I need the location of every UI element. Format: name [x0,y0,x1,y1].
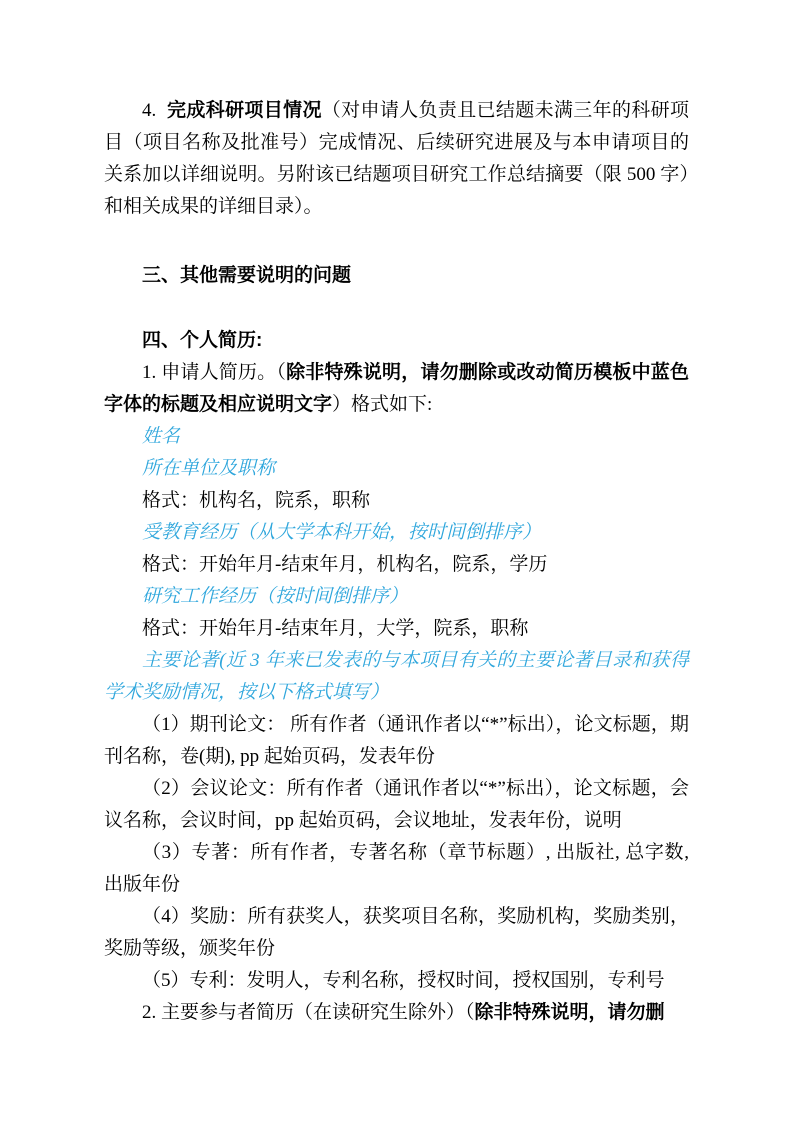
participant-resume-warning: 除非特殊说明，请勿删 [475,1002,665,1023]
item4-number: 4. [142,100,167,121]
heading-other-issues: 三、其他需要说明的问题 [104,260,689,292]
participant-resume-prefix: 2. 主要参与者简历（在读研究生除外）（ [142,1002,475,1023]
document-content: 4.完成科研项目情况（对申请人负责且已结题未满三年的科研项目（项目名称及批准号）… [0,0,793,1029]
format-item-conference: （2）会议论文：所有作者（通讯作者以“*”标出），论文标题，会议名称，会议时间，… [104,773,689,837]
resume-field-research-experience: 研究工作经历（按时间倒排序） [104,581,689,613]
paragraph-completed-projects: 4.完成科研项目情况（对申请人负责且已结题未满三年的科研项目（项目名称及批准号）… [104,95,689,223]
resume-field-name: 姓名 [104,421,689,453]
format-note-research-experience: 格式：开始年月-结束年月，大学，院系，职称 [104,613,689,645]
applicant-resume-prefix: 1. 申请人简历。（ [142,362,286,383]
resume-field-education: 受教育经历（从大学本科开始，按时间倒排序） [104,517,689,549]
format-item-journal: （1）期刊论文： 所有作者（通讯作者以“*”标出），论文标题，期刊名称，卷(期)… [104,709,689,773]
heading-personal-resume: 四、个人简历: [104,325,689,357]
format-note-affiliation: 格式：机构名，院系，职称 [104,485,689,517]
applicant-resume-suffix: ）格式如下: [332,394,432,415]
resume-field-affiliation: 所在单位及职称 [104,453,689,485]
format-item-award: （4）奖励：所有获奖人，获奖项目名称，奖励机构，奖励类别，奖励等级，颁奖年份 [104,901,689,965]
resume-field-major-publications: 主要论著(近 3 年来已发表的与本项目有关的主要论著目录和获得学术奖励情况，按以… [104,645,689,709]
paragraph-participant-resume: 2. 主要参与者简历（在读研究生除外）（除非特殊说明，请勿删 [104,997,689,1029]
paragraph-applicant-resume: 1. 申请人简历。（除非特殊说明，请勿删除或改动简历模板中蓝色字体的标题及相应说… [104,357,689,421]
format-note-education: 格式：开始年月-结束年月，机构名，院系，学历 [104,549,689,581]
document-page: 4.完成科研项目情况（对申请人负责且已结题未满三年的科研项目（项目名称及批准号）… [0,0,793,1122]
format-item-monograph: （3）专著：所有作者，专著名称（章节标题）, 出版社, 总字数, 出版年份 [104,837,689,901]
item4-title: 完成科研项目情况 [167,100,322,121]
format-item-patent: （5）专利：发明人，专利名称，授权时间，授权国别，专利号 [104,965,689,997]
